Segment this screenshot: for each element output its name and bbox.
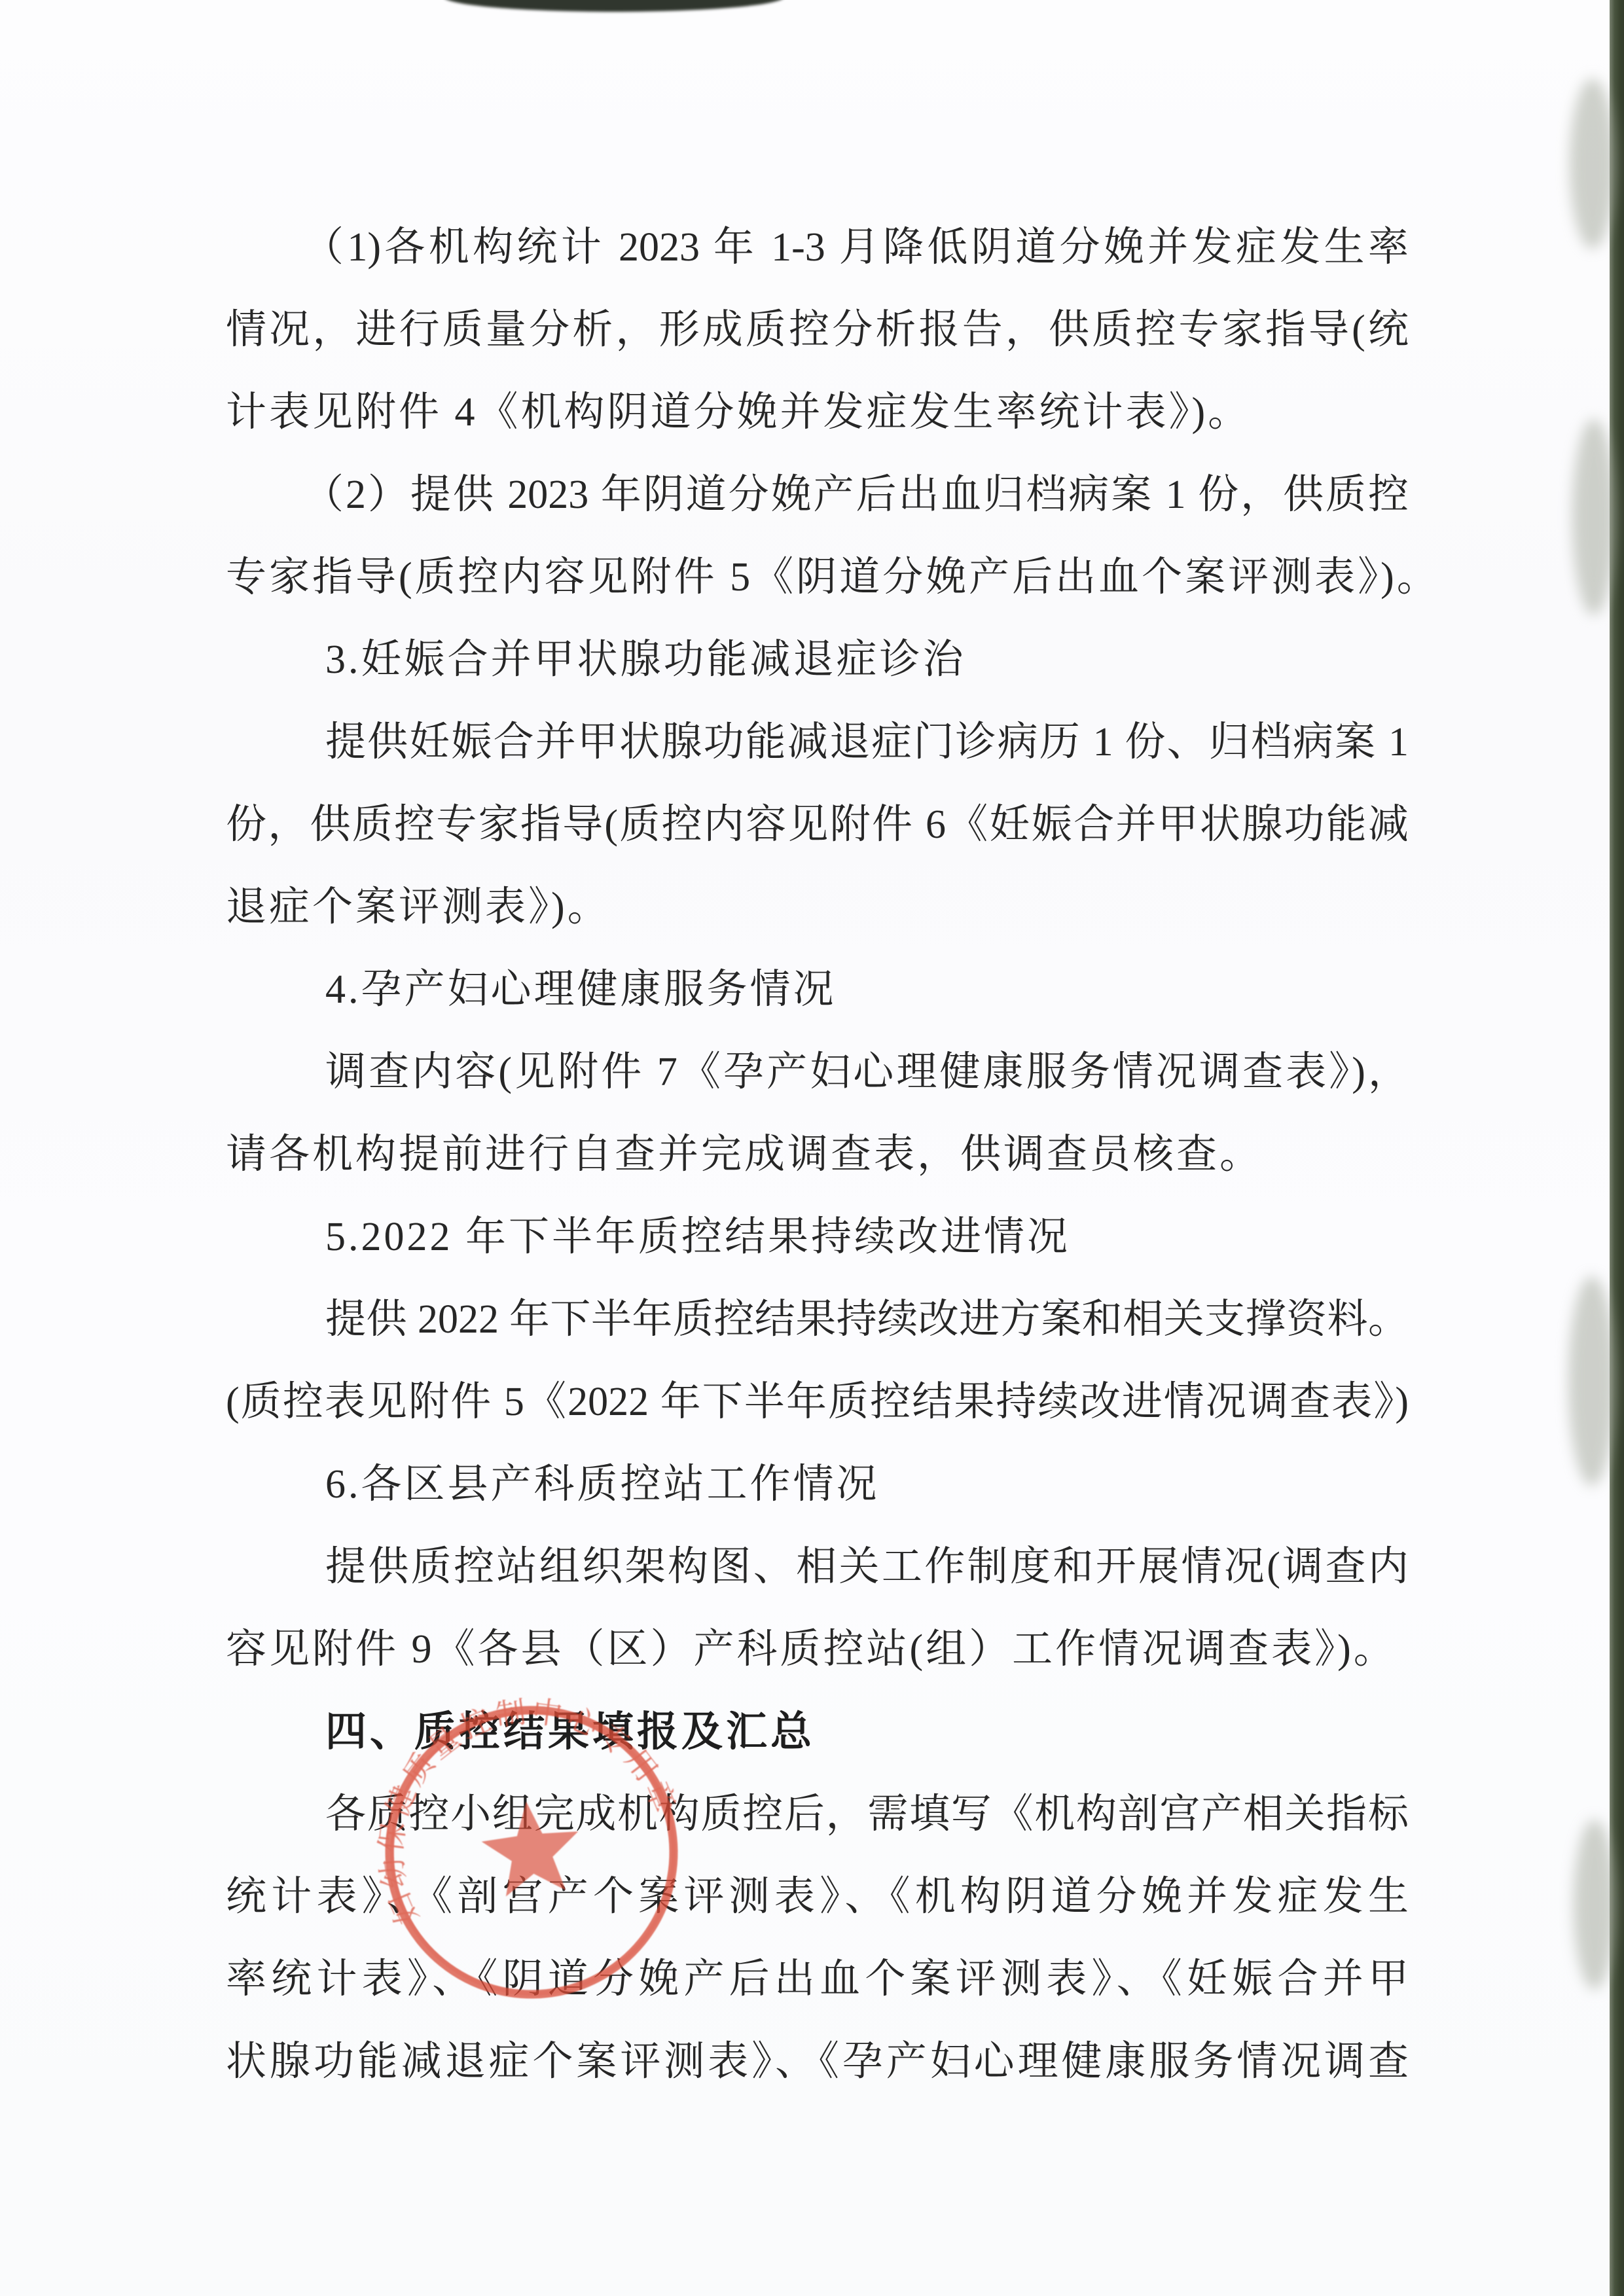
scanned-page: （1)各机构统计 2023 年 1-3 月降低阴道分娩并发症发生率 情况，进行质… bbox=[0, 0, 1624, 2296]
list-item-heading: 4.孕产妇心理健康服务情况 bbox=[325, 948, 1624, 1031]
text-line: 统计表》、《剖宫产个案评测表》、《机构阴道分娩并发症发生 bbox=[226, 1856, 1409, 1938]
text-line: 提供妊娠合并甲状腺功能减退症门诊病历 1 份、归档病案 1 bbox=[325, 701, 1409, 783]
text-line: 提供质控站组织架构图、相关工作制度和开展情况(调查内 bbox=[325, 1526, 1409, 1608]
text-line: （1)各机构统计 2023 年 1-3 月降低阴道分娩并发症发生率 bbox=[303, 206, 1409, 289]
list-item-heading: 6.各区县产科质控站工作情况 bbox=[325, 1443, 1624, 1526]
list-item-heading: 5.2022 年下半年质控结果持续改进情况 bbox=[325, 1196, 1624, 1278]
text-line: 率统计表》、《阴道分娩产后出血个案评测表》、《妊娠合并甲 bbox=[226, 1938, 1409, 2020]
scan-edge-top-artifact bbox=[444, 0, 784, 12]
text-line: 状腺功能减退症个案评测表》、《孕产妇心理健康服务情况调查 bbox=[226, 2020, 1409, 2103]
section-heading: 四、质控结果填报及汇总 bbox=[325, 1691, 1624, 1773]
text-line: 各质控小组完成机构质控后，需填写《机构剖宫产相关指标 bbox=[325, 1773, 1409, 1856]
text-line: 容见附件 9《各县（区）产科质控站(组）工作情况调查表》)。 bbox=[226, 1608, 1624, 1691]
document-body: （1)各机构统计 2023 年 1-3 月降低阴道分娩并发症发生率 情况，进行质… bbox=[0, 206, 1624, 2103]
text-line: 退症个案评测表》)。 bbox=[226, 866, 1624, 948]
text-line: 份，供质控专家指导(质控内容见附件 6《妊娠合并甲状腺功能减 bbox=[226, 783, 1409, 866]
text-line: 提供 2022 年下半年质控结果持续改进方案和相关支撑资料。 bbox=[325, 1278, 1409, 1361]
text-line: 计表见附件 4《机构阴道分娩并发症发生率统计表》)。 bbox=[226, 371, 1624, 454]
text-line: 请各机构提前进行自查并完成调查表，供调查员核查。 bbox=[226, 1113, 1624, 1196]
text-line: 情况，进行质量分析，形成质控分析报告，供质控专家指导(统 bbox=[226, 289, 1409, 371]
text-line: 专家指导(质控内容见附件 5《阴道分娩产后出血个案评测表》)。 bbox=[226, 536, 1624, 619]
text-line: （2）提供 2023 年阴道分娩产后出血归档病案 1 份，供质控 bbox=[303, 454, 1409, 536]
list-item-heading: 3.妊娠合并甲状腺功能减退症诊治 bbox=[325, 619, 1624, 701]
text-line: 调查内容(见附件 7《孕产妇心理健康服务情况调查表》)， bbox=[325, 1031, 1409, 1113]
text-line: (质控表见附件 5《2022 年下半年质控结果持续改进情况调查表》) bbox=[226, 1361, 1409, 1443]
